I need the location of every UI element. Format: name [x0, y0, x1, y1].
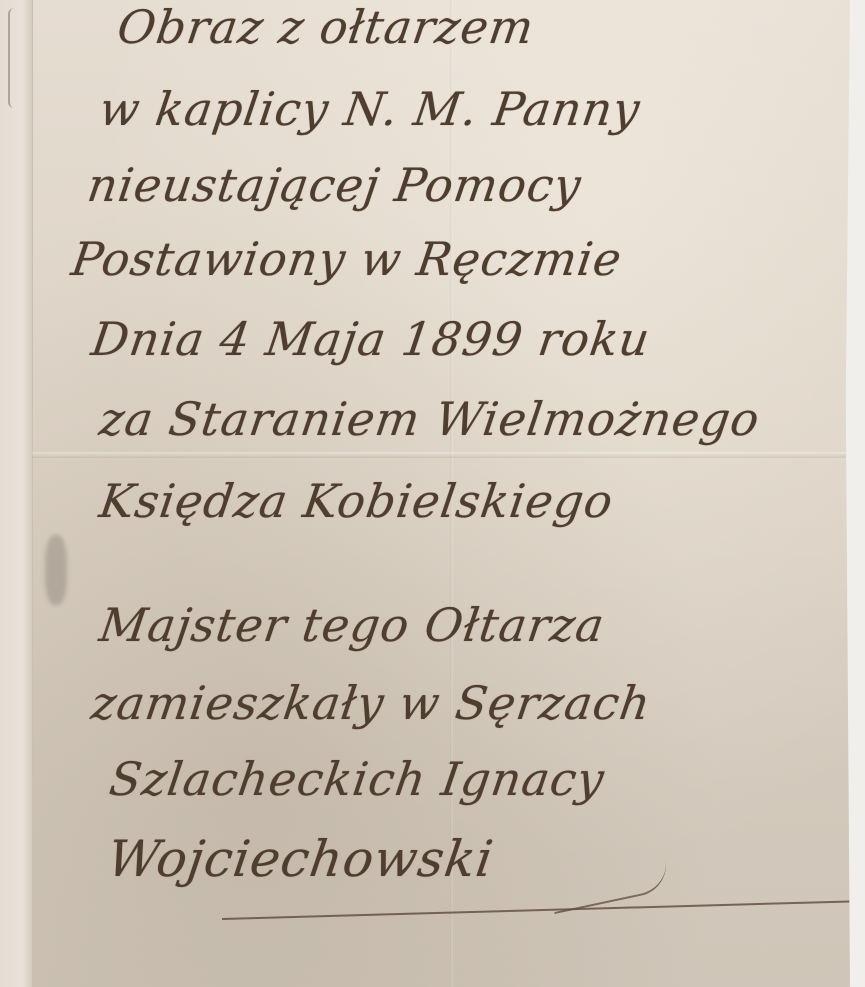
signature-underline: [222, 900, 862, 920]
text-line-7: Księdza Kobielskiego: [96, 474, 617, 528]
edge-mark: [8, 8, 20, 108]
signature: Wojciechowski: [104, 830, 497, 888]
text-line-1: Obraz z ołtarzem: [114, 0, 537, 54]
text-line-6: za Staraniem Wielmożnego: [96, 392, 763, 446]
horizontal-crease: [32, 452, 850, 458]
paper-fold-edge: [0, 0, 33, 987]
text-line-3: nieustającej Pomocy: [84, 158, 585, 212]
text-line-9: zamieszkały w Sęrzach: [88, 676, 654, 730]
paper-sheet: Obraz z ołtarzem w kaplicy N. M. Panny n…: [0, 0, 850, 987]
text-line-2: w kaplicy N. M. Panny: [96, 82, 644, 136]
text-line-8: Majster tego Ołtarza: [96, 598, 608, 652]
text-line-4: Postawiony w Ręczmie: [68, 232, 625, 286]
text-line-10: Szlacheckich Ignacy: [106, 752, 608, 806]
stain-mark: [45, 535, 67, 605]
date-line: Dnia 4 Maja 1899 roku: [88, 312, 653, 366]
